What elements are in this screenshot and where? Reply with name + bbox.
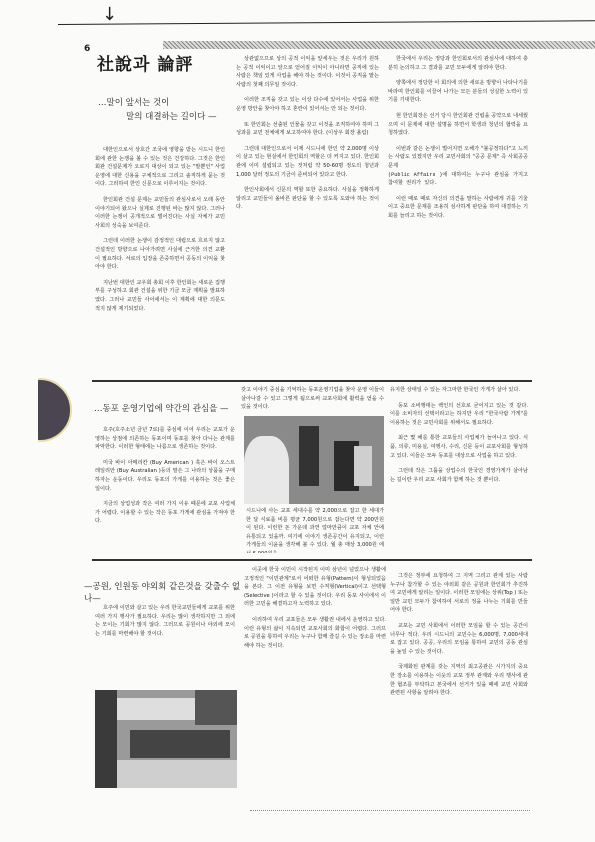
- photo-sky: [117, 698, 207, 720]
- paragraph: 지난번 대한인 교우회 총회 이후 한인회는 새로운 집행부를 구성하고 회관 …: [95, 279, 225, 313]
- article1-headline-line2: 말의 대결하는 길이다 —: [98, 110, 233, 124]
- photo-highlight: [244, 436, 289, 504]
- section-divider: [92, 559, 532, 561]
- paragraph: 한인회관 건설 문제는 교민들의 관심사로서 오래 동안 이야기되어 왔으나 실…: [95, 196, 225, 230]
- paragraph: 이러한 조직을 갖고 있는 이상 다수에 있어서는 사업을 위한 운영 방안을 …: [236, 96, 379, 113]
- paragraph: 이리하여 우리 교포들은 모두 생활권 내에서 운영하고 있다. 이런 유형의 …: [244, 616, 386, 650]
- article2-photo-caption: 시드니에 사는 교포 세대수를 약 2,000으로 잡고 한 세대가 한 달 식…: [246, 507, 384, 553]
- paragraph: 동포 소비행태는 백인의 선호로 굳어지고 있는 것 같다. 이를 소비자의 선…: [390, 402, 528, 428]
- photo-shadow: [299, 426, 319, 486]
- paragraph: 양쪽에서 정당한 이 회의에 의한 새로운 방향이 나타나기를 바라며 한인회를…: [388, 79, 528, 105]
- photo-highlight: [354, 446, 372, 486]
- paragraph: 상관없으므로 상의 공적 이익을 앞세우는 것은 우리가 원하는 공적 이익이고…: [236, 55, 379, 89]
- paragraph: 국제화된 관계를 갖는 지역의 최고공관은 시가지의 중요한 장소를 이용하는 …: [390, 663, 528, 697]
- bottom-dotted-rule: [250, 810, 530, 811]
- paragraph: 호주(호주소년 금년 7로)를 중심에 이어 우리는 교포가 운영하는 상점에 …: [95, 426, 235, 452]
- paragraph: 그런데 대한인으로서 이제 시드니에 한인 약 2,000명 이상이 살고 있는…: [236, 145, 379, 179]
- photo-people: [130, 730, 230, 758]
- article3-column-1: 호주에 이민와 살고 있는 우리 한국교민들에게 교포를 위한 여러 가지 행사…: [95, 604, 235, 684]
- article2-column-3: 유지한 상태일 수 있는 자그마한 한국인 가게가 살아 있다. 동포 소비행태…: [390, 386, 528, 551]
- article3-photo-picnic: [95, 690, 237, 788]
- section-divider: [92, 380, 532, 382]
- paragraph: 이번과 같은 논쟁이 벌어지면 오해가 "불공정하다"고 느끼는 사람도 있겠지…: [388, 145, 528, 171]
- paragraph: 유지한 상태일 수 있는 자그마한 한국인 가게가 살아 있다.: [390, 386, 528, 395]
- paragraph: 또 한인회는 선출된 인물을 갖고 이것을 조직하여야 하며 그 성과를 교민 …: [236, 121, 379, 138]
- paragraph: 그것은 정부에 요청하여 그 지역 그리고 관계 있는 사람 누구나 참가할 수…: [390, 572, 528, 615]
- page-number: 6: [84, 44, 90, 54]
- paragraph: 교포는 교민 사회에서 이러한 모임을 할 수 있는 공간이 너무나 적다. 우…: [390, 622, 528, 656]
- paragraph: 최근 몇 해를 통한 교포들의 사업체가 늘어나고 있다. 식품, 의류, 미용…: [390, 434, 528, 460]
- top-crop-rule: [58, 20, 595, 25]
- article2-headline: …동포 운영기업에 약간의 관심을 —: [94, 402, 239, 414]
- paragraph: 한인사회에서 신문의 역할 또한 중요하다. 사실을 정확하게 알리고 교민들이…: [236, 186, 379, 212]
- article2-column-2-top: 갖고 이야기 중심을 기억하는 동포운영기업을 찾아 운영 이들이 살아나갈 수…: [241, 386, 384, 414]
- article2-photo-shopping: [244, 416, 384, 504]
- article1-column-2: 상관없으므로 상의 공적 이익을 앞세우는 것은 우리가 원하는 공적 이익이고…: [236, 55, 379, 371]
- paragraph: 현 한인회장은 선거 당시 한인회관 건립을 공약으로 내세웠으며 이 문제에 …: [388, 112, 528, 138]
- article3-column-3: 그것은 정부에 요청하여 그 지역 그리고 관계 있는 사람 누구나 참가할 수…: [390, 572, 528, 747]
- photo-tree-trunk: [95, 690, 117, 788]
- header-hatch-bar: [163, 41, 595, 49]
- article1-headline-line1: …말이 앞서는 것이: [98, 96, 233, 110]
- paragraph: 대한인으로서 상호간 조국에 영향을 받는 시드니 한인회에 관한 논쟁을 볼 …: [95, 146, 225, 189]
- article3-column-2: 이곳에 한국 이민이 시작된지 이미 삼년이 넘었으나 생활에 고정적인 "이민…: [244, 566, 386, 816]
- section-title: 社說과 論評: [97, 50, 193, 75]
- article1-column-1: 대한인으로서 상호간 조국에 영향을 받는 시드니 한인회에 관한 논쟁을 볼 …: [95, 146, 225, 371]
- paragraph: 호주에 이민와 살고 있는 우리 한국교민들에게 교포를 위한 여러 가지 행사…: [95, 604, 235, 638]
- photo-ground: [117, 760, 237, 788]
- paragraph: 그런데 작은 그룹을 상업수의 한국인 경영가게가 살아남는 길이란 우리 교포…: [390, 467, 528, 484]
- article3-headline: —공원, 인원동 야외회 같은것을 갖출수 없나—: [84, 580, 244, 604]
- down-arrow-mark-icon: ↓: [102, 6, 117, 24]
- photo-foliage: [195, 690, 237, 725]
- paragraph-english-term: (Public Affairs )에 대하여는 누구나 관심을 가지고 참여할 …: [388, 171, 528, 188]
- paragraph: 지금의 상업성과 작은 여러 가지 이유 때문에 교포 사업체가 어렵다. 이용…: [95, 500, 235, 526]
- paragraph: 미국 바이 아메리칸 (Buy American ) 혹은 바이 오스트레일리안…: [95, 459, 235, 493]
- paragraph: 한국에서 우리는 정당과 한인회로서의 관심사에 대하여 충분히 논의하고 그 …: [388, 55, 528, 72]
- article1-headline: …말이 앞서는 것이 말의 대결하는 길이다 —: [98, 96, 233, 124]
- paragraph: 이런 때로 때로 자신의 의견을 말하는 사람에게 귀를 기울이고 중요한 문제…: [388, 195, 528, 221]
- paragraph: 이곳에 한국 이민이 시작된지 이미 삼년이 넘었으나 생활에 고정적인 "이민…: [244, 566, 386, 609]
- article1-column-3: 한국에서 우리는 정당과 한인회로서의 관심사에 대하여 충분히 논의하고 그 …: [388, 55, 528, 371]
- article2-column-1: 호주(호주소년 금년 7로)를 중심에 이어 우리는 교포가 운영하는 상점에 …: [95, 426, 235, 551]
- page-margin: [0, 370, 38, 450]
- paragraph: 그런데 이러한 논쟁이 감정적인 대립으로 흐르지 않고 건설적인 방향으로 나…: [95, 237, 225, 271]
